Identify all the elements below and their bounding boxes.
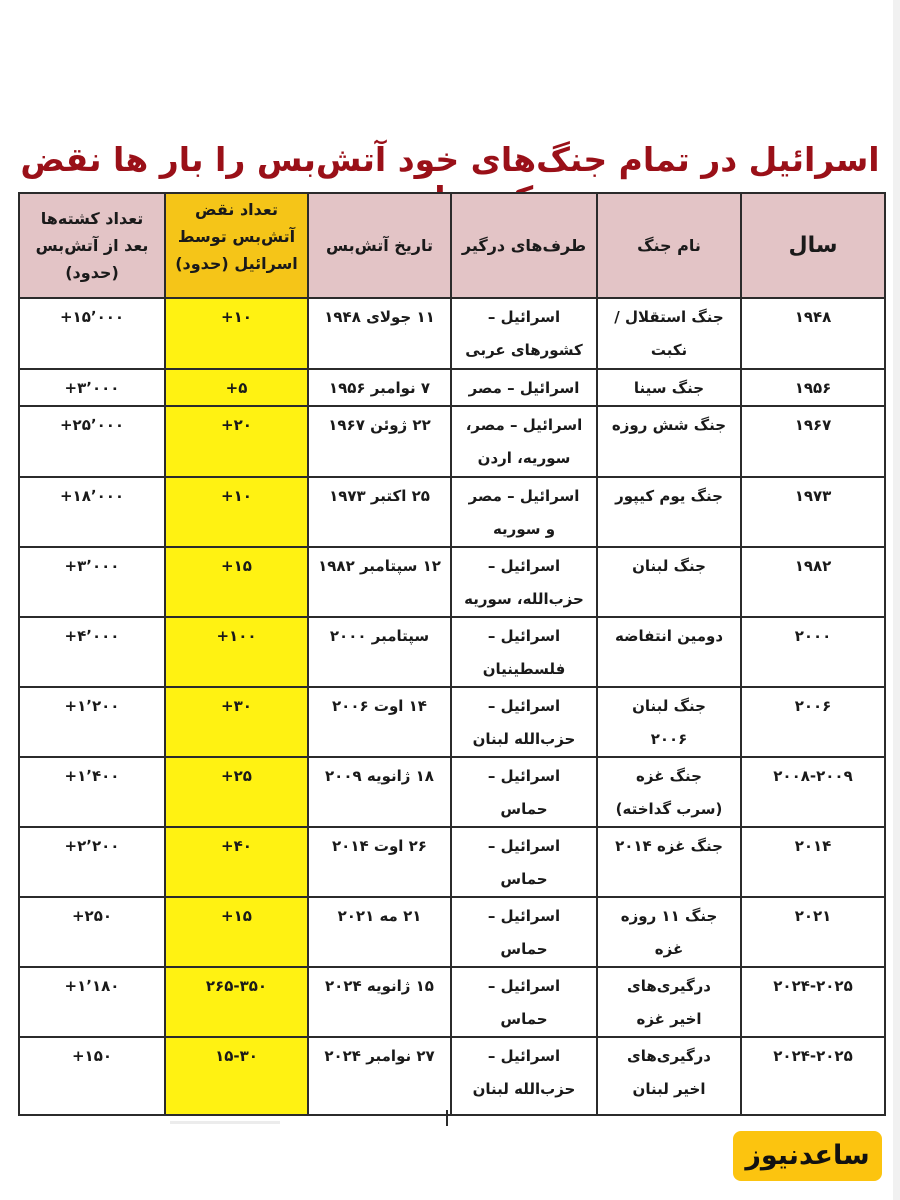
table-row: ۲۰۰۰دومین انتفاضهاسرائیل –فلسطینیانسپتام…: [19, 617, 885, 687]
cell-ceasefire-date-text: ۲۵ اکتبر ۱۹۷۳: [329, 487, 430, 505]
cell-killed-text: +۱٬۴۰۰: [65, 767, 120, 785]
header-violations-line: اسرائیل (حدود): [166, 250, 307, 277]
cell-war-name: جنگ غزه ۲۰۱۴: [597, 827, 741, 897]
cell-parties-line: کشورهای عربی: [452, 334, 596, 367]
table-row: ۲۰۲۱جنگ ۱۱ روزهغزهاسرائیل –حماس۲۱ مه ۲۰۲…: [19, 897, 885, 967]
cell-violations: +۱۰: [165, 477, 308, 547]
cell-killed-text: +۱٬۲۰۰: [65, 697, 120, 715]
cell-killed: +۳٬۰۰۰: [19, 547, 165, 617]
cell-parties-line: اسرائیل –: [452, 760, 596, 793]
cell-parties-line: اسرائیل –: [452, 830, 596, 863]
ceasefire-violations-table: سال نام جنگ طرف‌های درگیر تاریخ آتش‌بس ت…: [18, 192, 886, 1116]
cell-year-text: ۲۰۲۴-۲۰۲۵: [773, 977, 852, 995]
cell-year-text: ۱۹۶۷: [795, 416, 832, 434]
table-row: ۲۰۲۴-۲۰۲۵درگیری‌هایاخیر غزهاسرائیل –حماس…: [19, 967, 885, 1037]
cell-parties-line: فلسطینیان: [452, 653, 596, 686]
cell-year-text: ۲۰۲۱: [795, 907, 832, 925]
cell-parties-line: حماس: [452, 933, 596, 966]
cell-parties-line: و سوریه: [452, 513, 596, 546]
cell-parties: اسرائیل –حزب‌الله لبنان: [451, 687, 597, 757]
table-body: ۱۹۴۸جنگ استقلال /نکبتاسرائیل –کشورهای عر…: [19, 298, 885, 1115]
cell-killed-text: +۲۵۰: [72, 907, 112, 925]
cell-parties-line: حزب‌الله، سوریه: [452, 583, 596, 616]
cell-violations: +۱۵: [165, 547, 308, 617]
header-killed-line: تعداد کشته‌ها: [20, 205, 164, 232]
cell-ceasefire-date-text: ۱۸ ژانویه ۲۰۰۹: [325, 767, 434, 785]
cell-ceasefire-date: ۲۱ مه ۲۰۲۱: [308, 897, 451, 967]
cell-war-name-line: جنگ لبنان: [598, 550, 740, 583]
cell-ceasefire-date: ۱۲ سپتامبر ۱۹۸۲: [308, 547, 451, 617]
cell-war-name: جنگ ۱۱ روزهغزه: [597, 897, 741, 967]
cell-killed-text: +۱۸٬۰۰۰: [60, 487, 124, 505]
cell-killed-text: +۱٬۱۸۰: [65, 977, 120, 995]
header-violations-line: آتش‌بس توسط: [166, 223, 307, 250]
cell-year-text: ۲۰۰۸-۲۰۰۹: [773, 767, 852, 785]
cell-parties: اسرائیل – مصرو سوریه: [451, 477, 597, 547]
cell-parties-line: اسرائیل –: [452, 301, 596, 334]
cell-year: ۲۰۰۶: [741, 687, 885, 757]
cell-ceasefire-date: ۱۴ اوت ۲۰۰۶: [308, 687, 451, 757]
cell-war-name: جنگ یوم کیپور: [597, 477, 741, 547]
cell-killed: +۲۵۰: [19, 897, 165, 967]
cell-year: ۲۰۲۱: [741, 897, 885, 967]
cell-war-name-line: ۲۰۰۶: [598, 723, 740, 756]
cell-violations: +۲۰: [165, 406, 308, 477]
table-row: ۲۰۲۴-۲۰۲۵درگیری‌هایاخیر لبناناسرائیل –حز…: [19, 1037, 885, 1115]
cell-year-text: ۲۰۰۰: [795, 627, 832, 645]
cell-parties: اسرائیل –حماس: [451, 827, 597, 897]
cell-war-name-line: اخیر لبنان: [598, 1073, 740, 1106]
cell-war-name-line: درگیری‌های: [598, 970, 740, 1003]
cell-war-name-line: جنگ شش روزه: [598, 409, 740, 442]
cell-parties-line: اسرائیل – مصر،: [452, 409, 596, 442]
cell-killed-text: +۴٬۰۰۰: [65, 627, 120, 645]
cell-parties: اسرائیل –حماس: [451, 757, 597, 827]
cell-violations-text: +۱۰: [221, 308, 252, 326]
table-header-row: سال نام جنگ طرف‌های درگیر تاریخ آتش‌بس ت…: [19, 193, 885, 298]
brand-logo: ساعدنیوز: [733, 1131, 882, 1181]
cell-violations-text: +۲۰: [221, 416, 252, 434]
cell-war-name-line: جنگ یوم کیپور: [598, 480, 740, 513]
cell-violations: ۱۵-۳۰: [165, 1037, 308, 1115]
cell-war-name-line: جنگ لبنان: [598, 690, 740, 723]
header-parties: طرف‌های درگیر: [451, 193, 597, 298]
cell-year-text: ۲۰۲۴-۲۰۲۵: [773, 1047, 852, 1065]
cell-violations: +۱۰: [165, 298, 308, 369]
cell-year: ۱۹۴۸: [741, 298, 885, 369]
cell-war-name-line: جنگ استقلال /: [598, 301, 740, 334]
cell-war-name: جنگ لبنان۲۰۰۶: [597, 687, 741, 757]
cell-parties: اسرائیل –حزب‌الله لبنان: [451, 1037, 597, 1115]
cell-parties: اسرائیل –کشورهای عربی: [451, 298, 597, 369]
cell-killed: +۳٬۰۰۰: [19, 369, 165, 406]
cell-ceasefire-date-text: ۲۲ ژوئن ۱۹۶۷: [328, 416, 430, 434]
cell-violations-text: +۱۰: [221, 487, 252, 505]
cell-ceasefire-date: ۷ نوامبر ۱۹۵۶: [308, 369, 451, 406]
cell-war-name-line: جنگ ۱۱ روزه: [598, 900, 740, 933]
cell-war-name: جنگ غزه(سرب گداخته): [597, 757, 741, 827]
cell-war-name-line: جنگ غزه ۲۰۱۴: [598, 830, 740, 863]
cell-parties: اسرائیل – مصر: [451, 369, 597, 406]
table-row: ۲۰۰۸-۲۰۰۹جنگ غزه(سرب گداخته)اسرائیل –حما…: [19, 757, 885, 827]
table-row: ۱۹۸۲جنگ لبناناسرائیل –حزب‌الله، سوریه۱۲ …: [19, 547, 885, 617]
cell-war-name-line: (سرب گداخته): [598, 793, 740, 826]
table-row: ۱۹۶۷جنگ شش روزهاسرائیل – مصر،سوریه، اردن…: [19, 406, 885, 477]
cell-violations-text: +۲۵: [221, 767, 252, 785]
cell-killed-text: +۱۵٬۰۰۰: [60, 308, 124, 326]
cell-violations-text: +۱۰۰: [216, 627, 256, 645]
cell-parties-line: اسرائیل –: [452, 620, 596, 653]
cell-ceasefire-date: ۱۸ ژانویه ۲۰۰۹: [308, 757, 451, 827]
cell-violations-text: ۱۵-۳۰: [215, 1047, 258, 1065]
cell-war-name-line: درگیری‌های: [598, 1040, 740, 1073]
cell-parties-line: حزب‌الله لبنان: [452, 1073, 596, 1106]
cell-parties: اسرائیل –فلسطینیان: [451, 617, 597, 687]
header-killed-line: (حدود): [20, 259, 164, 286]
cell-parties: اسرائیل –حماس: [451, 967, 597, 1037]
cell-killed: +۱۵۰: [19, 1037, 165, 1115]
cell-ceasefire-date-text: ۷ نوامبر ۱۹۵۶: [329, 379, 430, 397]
cell-violations: +۳۰: [165, 687, 308, 757]
cell-war-name-line: نکبت: [598, 334, 740, 367]
cell-violations: +۵: [165, 369, 308, 406]
cell-ceasefire-date-text: ۱۱ جولای ۱۹۴۸: [324, 308, 435, 326]
cell-ceasefire-date: ۲۷ نوامبر ۲۰۲۴: [308, 1037, 451, 1115]
header-year: سال: [741, 193, 885, 298]
cell-year: ۲۰۰۰: [741, 617, 885, 687]
cell-year-text: ۱۹۴۸: [795, 308, 832, 326]
cell-violations-text: +۱۵: [221, 907, 252, 925]
cell-year-text: ۱۹۸۲: [795, 557, 832, 575]
header-killed: تعداد کشته‌ها بعد از آتش‌بس (حدود): [19, 193, 165, 298]
cell-parties-line: اسرائیل – مصر: [452, 372, 596, 405]
cell-parties: اسرائیل –حزب‌الله، سوریه: [451, 547, 597, 617]
cell-war-name-line: دومین انتفاضه: [598, 620, 740, 653]
cell-ceasefire-date-text: ۱۲ سپتامبر ۱۹۸۲: [318, 557, 441, 575]
cell-parties-line: حماس: [452, 863, 596, 896]
cell-killed: +۱٬۲۰۰: [19, 687, 165, 757]
cell-violations-text: +۴۰: [221, 837, 252, 855]
cell-violations: +۴۰: [165, 827, 308, 897]
cell-parties-line: اسرائیل –: [452, 970, 596, 1003]
cell-ceasefire-date: ۲۲ ژوئن ۱۹۶۷: [308, 406, 451, 477]
faint-caption: [170, 1121, 280, 1124]
header-war-name: نام جنگ: [597, 193, 741, 298]
cell-war-name: دومین انتفاضه: [597, 617, 741, 687]
cell-ceasefire-date: سپتامبر ۲۰۰۰: [308, 617, 451, 687]
cell-year: ۲۰۰۸-۲۰۰۹: [741, 757, 885, 827]
cell-killed: +۱۵٬۰۰۰: [19, 298, 165, 369]
cell-war-name-line: جنگ سینا: [598, 372, 740, 405]
cell-war-name: جنگ لبنان: [597, 547, 741, 617]
cell-war-name-line: غزه: [598, 933, 740, 966]
cell-parties: اسرائیل – مصر،سوریه، اردن: [451, 406, 597, 477]
cell-year: ۲۰۲۴-۲۰۲۵: [741, 1037, 885, 1115]
cell-killed-text: +۳٬۰۰۰: [65, 557, 120, 575]
cell-killed: +۲۵٬۰۰۰: [19, 406, 165, 477]
cell-ceasefire-date-text: ۲۶ اوت ۲۰۱۴: [332, 837, 427, 855]
header-ceasefire-date: تاریخ آتش‌بس: [308, 193, 451, 298]
cell-year-text: ۲۰۱۴: [795, 837, 832, 855]
table-row: ۲۰۰۶جنگ لبنان۲۰۰۶اسرائیل –حزب‌الله لبنان…: [19, 687, 885, 757]
cell-year-text: ۲۰۰۶: [795, 697, 832, 715]
cell-killed: +۱٬۱۸۰: [19, 967, 165, 1037]
cell-war-name: درگیری‌هایاخیر غزه: [597, 967, 741, 1037]
cell-violations-text: +۳۰: [221, 697, 252, 715]
cell-year: ۱۹۷۳: [741, 477, 885, 547]
cell-parties-line: اسرائیل – مصر: [452, 480, 596, 513]
cell-killed: +۴٬۰۰۰: [19, 617, 165, 687]
divider-tick: [446, 1110, 448, 1126]
cell-parties-line: حزب‌الله لبنان: [452, 723, 596, 756]
header-violations: تعداد نقض آتش‌بس توسط اسرائیل (حدود): [165, 193, 308, 298]
cell-war-name: جنگ استقلال /نکبت: [597, 298, 741, 369]
cell-war-name: جنگ سینا: [597, 369, 741, 406]
cell-parties-line: حماس: [452, 793, 596, 826]
cell-violations-text: ۲۶۵-۳۵۰: [206, 977, 267, 995]
cell-killed: +۲٬۲۰۰: [19, 827, 165, 897]
header-killed-line: بعد از آتش‌بس: [20, 232, 164, 259]
cell-violations-text: +۱۵: [221, 557, 252, 575]
cell-killed-text: +۱۵۰: [72, 1047, 112, 1065]
cell-ceasefire-date-text: ۲۷ نوامبر ۲۰۲۴: [324, 1047, 434, 1065]
cell-killed-text: +۲۵٬۰۰۰: [60, 416, 124, 434]
cell-year: ۲۰۱۴: [741, 827, 885, 897]
cell-violations: +۲۵: [165, 757, 308, 827]
cell-year-text: ۱۹۷۳: [795, 487, 832, 505]
header-violations-line: تعداد نقض: [166, 196, 307, 223]
table-row: ۱۹۵۶جنگ سینااسرائیل – مصر۷ نوامبر ۱۹۵۶+۵…: [19, 369, 885, 406]
cell-killed-text: +۳٬۰۰۰: [65, 379, 120, 397]
cell-violations: +۱۰۰: [165, 617, 308, 687]
cell-ceasefire-date: ۱۵ ژانویه ۲۰۲۴: [308, 967, 451, 1037]
cell-war-name: درگیری‌هایاخیر لبنان: [597, 1037, 741, 1115]
cell-parties-line: اسرائیل –: [452, 550, 596, 583]
cell-violations-text: +۵: [226, 379, 248, 397]
cell-parties-line: سوریه، اردن: [452, 442, 596, 475]
cell-war-name: جنگ شش روزه: [597, 406, 741, 477]
cell-parties-line: حماس: [452, 1003, 596, 1036]
cell-ceasefire-date-text: ۲۱ مه ۲۰۲۱: [338, 907, 422, 925]
cell-ceasefire-date: ۲۵ اکتبر ۱۹۷۳: [308, 477, 451, 547]
cell-year: ۱۹۶۷: [741, 406, 885, 477]
cell-year: ۱۹۵۶: [741, 369, 885, 406]
table-row: ۲۰۱۴جنگ غزه ۲۰۱۴اسرائیل –حماس۲۶ اوت ۲۰۱۴…: [19, 827, 885, 897]
cell-year: ۲۰۲۴-۲۰۲۵: [741, 967, 885, 1037]
cell-parties: اسرائیل –حماس: [451, 897, 597, 967]
cell-ceasefire-date: ۱۱ جولای ۱۹۴۸: [308, 298, 451, 369]
cell-ceasefire-date: ۲۶ اوت ۲۰۱۴: [308, 827, 451, 897]
cell-ceasefire-date-text: سپتامبر ۲۰۰۰: [330, 627, 429, 645]
cell-parties-line: اسرائیل –: [452, 1040, 596, 1073]
cell-war-name-line: جنگ غزه: [598, 760, 740, 793]
table-row: ۱۹۴۸جنگ استقلال /نکبتاسرائیل –کشورهای عر…: [19, 298, 885, 369]
cell-ceasefire-date-text: ۱۵ ژانویه ۲۰۲۴: [325, 977, 434, 995]
cell-violations: ۲۶۵-۳۵۰: [165, 967, 308, 1037]
cell-parties-line: اسرائیل –: [452, 900, 596, 933]
cell-year-text: ۱۹۵۶: [795, 379, 832, 397]
cell-war-name-line: اخیر غزه: [598, 1003, 740, 1036]
cell-parties-line: اسرائیل –: [452, 690, 596, 723]
cell-year: ۱۹۸۲: [741, 547, 885, 617]
table-row: ۱۹۷۳جنگ یوم کیپوراسرائیل – مصرو سوریه۲۵ …: [19, 477, 885, 547]
cell-killed: +۱٬۴۰۰: [19, 757, 165, 827]
cell-ceasefire-date-text: ۱۴ اوت ۲۰۰۶: [332, 697, 427, 715]
cell-violations: +۱۵: [165, 897, 308, 967]
cell-killed-text: +۲٬۲۰۰: [65, 837, 120, 855]
cell-killed: +۱۸٬۰۰۰: [19, 477, 165, 547]
